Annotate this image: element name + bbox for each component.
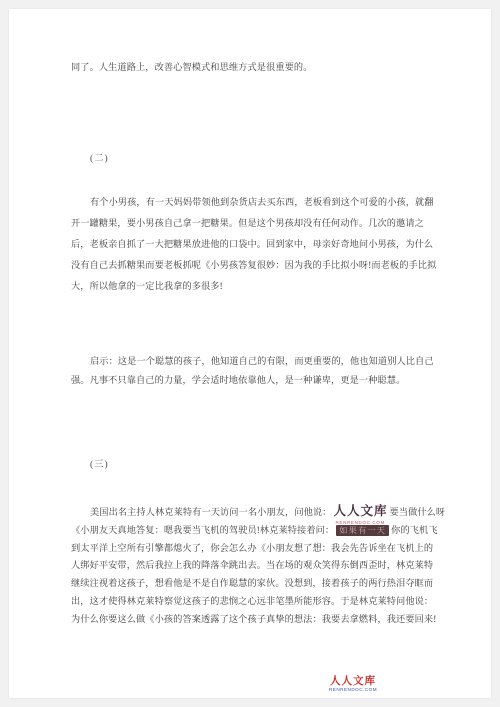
story-line-with-stamp: 美国出名主持人林克莱特有一天访问一名小朋友，问他说：人人文库RENRENDOC.… bbox=[71, 503, 445, 522]
section-two-story: 有个小男孩，有一天妈妈带领他到杂货店去买东西，老板看到这个可爱的小孩，就翻 开一… bbox=[71, 192, 436, 297]
story-line: 后，老板亲自抓了一大把糖果放进他的口袋中。回到家中，母亲好奇地问小男孩，为什么 bbox=[71, 234, 436, 255]
story-line: 到太平洋上空所有引擎都熄火了，你会怎么办《小朋友想了想：我会先告诉坐在飞机上的 bbox=[71, 540, 445, 558]
insight-line: 启示：这是一个聪慧的孩子，他知道自己的有限，而更重要的，他也知道别人比自己 bbox=[71, 352, 434, 371]
intro-paragraph: 同了。人生道路上，改善心智模式和思维方式是很重要的。 bbox=[71, 57, 312, 78]
story-line: 没有自己去抓糖果而要老板抓呢《小男孩答复很妙：因为我的手比拟小呀!而老板的手比拟 bbox=[71, 255, 436, 276]
story-line: 继续注视着这孩子，想看他是不是自作聪慧的家伙。没想到，接着孩子的两行热泪夺眶而 bbox=[71, 575, 445, 593]
story-line: 出，这才使得林克莱特察觉这孩子的悲悯之心远非笔墨所能形容。于是林克莱特问他说： bbox=[71, 593, 445, 611]
watermark-site-text: RENRENDOC.COM bbox=[335, 514, 384, 532]
story-line-with-chip: 《小朋友天真地答复：嗯我要当飞机的驾驶员!林克莱特接着问：如果有一天你的飞机飞 bbox=[71, 522, 445, 540]
story-line2-post: 你的飞机飞 bbox=[391, 525, 437, 535]
story-line: 人绑好平安带，然后我拉上我的降落伞跳出去。当在场的观众笑得东倒西歪时，林克莱特 bbox=[71, 557, 445, 575]
story-line2-pre: 《小朋友天真地答复：嗯我要当飞机的驾驶员!林克莱特接着问： bbox=[71, 525, 334, 535]
section-two-insight: 启示：这是一个聪慧的孩子，他知道自己的有限，而更重要的，他也知道别人比自己 强。… bbox=[71, 352, 434, 390]
insight-line: 强。凡事不只靠自己的力量，学会适时地依靠他人，是一种谦卑，更是一种聪慧。 bbox=[71, 371, 434, 390]
footer-watermark-site: RENRENDOC.COM bbox=[325, 687, 381, 693]
section-three-story: 美国出名主持人林克莱特有一天访问一名小朋友，问他说：人人文库RENRENDOC.… bbox=[71, 503, 445, 629]
footer-watermark-brand: 人人文库 bbox=[325, 676, 381, 687]
section-three-heading: (三) bbox=[90, 456, 109, 470]
story-line: 开一罐糖果，要小男孩自己拿一把糖果。但是这个男孩却没有任何动作。几次的邀请之 bbox=[71, 213, 436, 234]
watermark-stamp: 人人文库RENRENDOC.COM bbox=[333, 503, 387, 522]
story-line: 有个小男孩，有一天妈妈带领他到杂货店去买东西，老板看到这个可爱的小孩，就翻 bbox=[71, 192, 436, 213]
section-two-heading: (二) bbox=[90, 150, 109, 164]
story-line: 为什么你要这么做《小孩的答案透露了这个孩子真挚的想法：我要去拿燃料，我还要回来! bbox=[71, 611, 445, 629]
intro-line: 同了。人生道路上，改善心智模式和思维方式是很重要的。 bbox=[71, 57, 312, 78]
story-line1-post: 要当做什么呀 bbox=[390, 507, 446, 517]
story-line1-pre: 美国出名主持人林克莱特有一天访问一名小朋友，问他说： bbox=[90, 507, 331, 517]
footer-watermark: 人人文库 RENRENDOC.COM bbox=[325, 676, 381, 693]
story-line: 大，所以他拿的一定比我拿的多很多! bbox=[71, 276, 436, 297]
document-page: 同了。人生道路上，改善心智模式和思维方式是很重要的。 (二) 有个小男孩，有一天… bbox=[9, 9, 491, 698]
